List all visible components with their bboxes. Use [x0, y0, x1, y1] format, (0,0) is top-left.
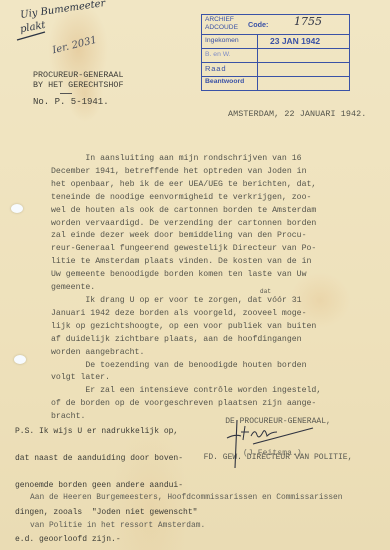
letterhead-line1: PROCUREUR-GENERAAL — [33, 70, 123, 80]
body-line: December 1941, betreffende het optreden … — [51, 166, 321, 179]
body-line: Ik drang U op er voor te zorgen, dat vóó… — [51, 295, 321, 308]
body-line: Uw gemeente benoodigde borden komen ten … — [51, 269, 321, 282]
punch-hole-lower — [14, 355, 26, 364]
stamp-title-2: ADCOUDE — [205, 24, 238, 32]
body-line: volgt later. — [51, 372, 321, 385]
postscript-line: P.S. Ik wijs U er nadrukkelijk op, — [15, 427, 197, 436]
stamp-code-value: 1755 — [294, 15, 322, 28]
body-line: worden aangebracht. — [51, 347, 321, 360]
body-line: reur-Generaal fungeerend gewestelijk Dir… — [51, 243, 321, 256]
addressee-line1: Aan de Heeren Burgemeesters, Hoofdcommis… — [30, 493, 343, 502]
addressee-line2: van Politie in het ressort Amsterdam. — [30, 521, 343, 530]
letter-body: In aansluiting aan mijn rondschrijven va… — [51, 153, 321, 424]
letterhead: PROCUREUR-GENERAAL BY HET GERECHTSHOF No… — [33, 70, 123, 107]
stamp-received-date: 23 JAN 1942 — [270, 36, 320, 46]
body-line: litie te Amsterdam plaats vinden. De kos… — [51, 256, 321, 269]
body-line: lijk op gezichtshoogte, op een voor publ… — [51, 321, 321, 334]
letterhead-number: No. P. 5-1941. — [33, 97, 123, 107]
interlinear-insert: dat — [260, 289, 271, 295]
body-line: In aansluiting aan mijn rondschrijven va… — [51, 153, 321, 166]
signatory-name: (J.Feitsma.) — [243, 449, 302, 459]
letterhead-line2: BY HET GERECHTSHOF — [33, 80, 123, 90]
body-line: wel de houten als ook de cartonnen borde… — [51, 205, 321, 218]
body-line: gemeente. — [51, 282, 321, 295]
handwritten-signature-icon — [225, 418, 315, 473]
body-line: worden vervaardigd. De verzending der ca… — [51, 218, 321, 231]
stamp-row-label: Beantwoord — [205, 78, 244, 85]
punch-hole-upper — [11, 204, 23, 213]
body-line: het openbaar, heb ik de eer UEA/UEG te b… — [51, 179, 321, 192]
handwritten-underline-icon — [15, 28, 50, 42]
date-line: AMSTERDAM, 22 JANUARI 1942. — [228, 109, 366, 119]
stamp-code-label: Code: — [248, 20, 268, 29]
stamp-row-label: Raad — [205, 64, 226, 73]
body-line: zal einde dezer week door bemiddeling va… — [51, 230, 321, 243]
stamp-title-1: ARCHIEF — [205, 16, 234, 24]
stamp-row-label: Ingekomen — [205, 37, 239, 44]
addressee: Aan de Heeren Burgemeesters, Hoofdcommis… — [30, 475, 343, 539]
letterhead-divider — [60, 93, 72, 94]
stamp-row-label: B. en W. — [205, 51, 231, 58]
body-line: Januari 1942 deze borden als voorgeld, z… — [51, 308, 321, 321]
archive-stamp: ARCHIEF ADCOUDE Code: 1755 Ingekomen 23 … — [201, 14, 350, 91]
body-line: De toezending van de benoodigde houten b… — [51, 360, 321, 373]
postscript-line: dat naast de aanduiding door boven- — [15, 454, 197, 463]
body-line: af duidelijk zichtbare plaats, aan de ho… — [51, 334, 321, 347]
body-line: teneinde de noodige eenvormigheid te ver… — [51, 192, 321, 205]
